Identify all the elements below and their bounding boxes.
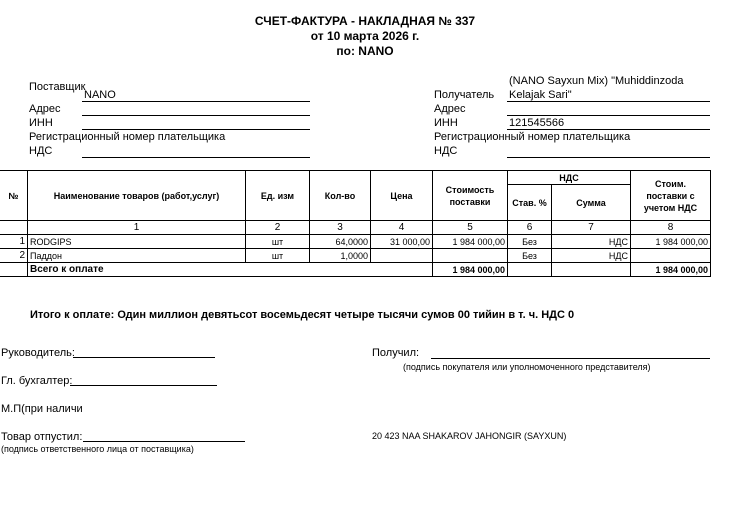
supplier-inn-line — [82, 129, 310, 130]
row-vat-sum: НДС — [552, 235, 631, 249]
recipient-vat-line — [507, 157, 710, 158]
row-total — [631, 249, 711, 263]
row-num: 1 — [0, 235, 28, 249]
document-title: СЧЕТ-ФАКТУРА - НАКЛАДНАЯ № 337 — [0, 14, 730, 28]
col-number: 5 — [433, 221, 508, 235]
col-number: 7 — [552, 221, 631, 235]
row-name: RODGIPS — [28, 235, 246, 249]
total-row: Всего к оплате 1 984 000,00 1 984 000,00 — [0, 263, 711, 277]
col-number: 2 — [246, 221, 310, 235]
row-vat-sum: НДС — [552, 249, 631, 263]
header-vat-rate: Став. % — [508, 185, 552, 221]
released-signature-line — [83, 441, 245, 442]
total-cost: 1 984 000,00 — [433, 263, 508, 277]
column-numbers-row: 1 2 3 4 5 6 7 8 — [0, 221, 711, 235]
received-signature-line — [431, 358, 710, 359]
total-with-vat: 1 984 000,00 — [631, 263, 711, 277]
row-name: Паддон — [28, 249, 246, 263]
recipient-name-line2: Kelajak Sari" — [509, 89, 572, 101]
supplier-vat-label: НДС — [29, 145, 52, 157]
document-by: по: NANO — [0, 44, 730, 58]
header-total: Стоим. поставки с учетом НДС — [631, 171, 711, 221]
table-row: 1 RODGIPS шт 64,0000 31 000,00 1 984 000… — [0, 235, 711, 249]
row-num: 2 — [0, 249, 28, 263]
supplier-name-line — [82, 101, 310, 102]
supplier-address-label: Адрес — [29, 103, 61, 115]
table-row: 2 Паддон шт 1,0000 Без НДС — [0, 249, 711, 263]
accountant-signature-line — [70, 385, 217, 386]
supplier-vat-line — [82, 157, 310, 158]
director-label: Руководитель: — [1, 347, 75, 359]
recipient-inn-label: ИНН — [434, 117, 458, 129]
total-label: Всего к оплате — [28, 263, 433, 277]
received-label: Получил: — [372, 347, 419, 359]
released-label: Товар отпустил: — [1, 431, 82, 443]
recipient-inn-line — [507, 129, 710, 130]
received-note: (подпись покупателя или уполномоченного … — [403, 362, 651, 372]
row-price: 31 000,00 — [371, 235, 433, 249]
accountant-label: Гл. бухгалтер: — [1, 375, 72, 387]
col-number: 8 — [631, 221, 711, 235]
row-vat-rate: Без — [508, 249, 552, 263]
row-qty: 64,0000 — [310, 235, 371, 249]
total-in-words: Итого к оплате: Один миллион девятьсот в… — [30, 309, 574, 321]
supplier-address-line — [82, 115, 310, 116]
header-vat-sum: Сумма — [552, 185, 631, 221]
invoice-table: № Наименование товаров (работ,услуг) Ед.… — [0, 170, 711, 277]
header-cost: Стоимость поставки — [433, 171, 508, 221]
row-qty: 1,0000 — [310, 249, 371, 263]
stamp-label: М.П(при наличи — [1, 403, 83, 415]
released-note: (подпись ответственного лица от поставщи… — [1, 444, 194, 454]
row-total: 1 984 000,00 — [631, 235, 711, 249]
supplier-inn-label: ИНН — [29, 117, 53, 129]
col-number: 6 — [508, 221, 552, 235]
recipient-vat-label: НДС — [434, 145, 457, 157]
recipient-address-label: Адрес — [434, 103, 466, 115]
received-by: 20 423 NAA SHAKAROV JAHONGIR (SAYXUN) — [372, 431, 566, 441]
supplier-name: NANO — [84, 89, 116, 101]
row-unit: шт — [246, 235, 310, 249]
supplier-label: Поставщик — [29, 81, 85, 93]
recipient-address-line — [507, 115, 710, 116]
row-unit: шт — [246, 249, 310, 263]
recipient-reg-label: Регистрационный номер плательщика — [434, 131, 630, 143]
header-unit: Ед. изм — [246, 171, 310, 221]
row-cost — [433, 249, 508, 263]
row-vat-rate: Без — [508, 235, 552, 249]
header-num: № — [0, 171, 28, 221]
supplier-reg-label: Регистрационный номер плательщика — [29, 131, 225, 143]
document-date: от 10 марта 2026 г. — [0, 29, 730, 43]
row-cost: 1 984 000,00 — [433, 235, 508, 249]
header-qty: Кол-во — [310, 171, 371, 221]
header-price: Цена — [371, 171, 433, 221]
row-price — [371, 249, 433, 263]
header-name: Наименование товаров (работ,услуг) — [28, 171, 246, 221]
director-signature-line — [73, 357, 215, 358]
recipient-name-line — [507, 101, 710, 102]
col-number: 4 — [371, 221, 433, 235]
recipient-name-line1: (NANO Sayxun Mix) "Muhiddinzoda — [509, 75, 683, 87]
col-number: 3 — [310, 221, 371, 235]
recipient-label: Получатель — [434, 89, 494, 101]
header-vat-group: НДС — [508, 171, 631, 185]
col-number: 1 — [28, 221, 246, 235]
recipient-inn: 121545566 — [509, 117, 564, 129]
